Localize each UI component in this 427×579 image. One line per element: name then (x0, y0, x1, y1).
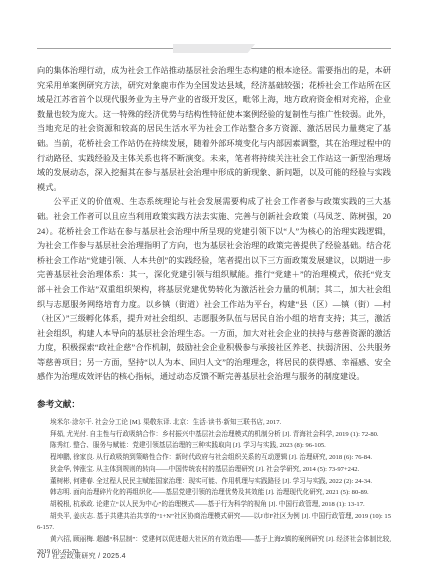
reference-item: 胡税根, 杭承政. 论建立“以人民为中心”的治理模式——基于行为科学的视角 [J… (37, 499, 391, 511)
reference-item: 陈秀红. 整合、服务与赋能：党建引领基层治理的三种实践取向 [J]. 学习与实践… (37, 440, 391, 452)
references-list: 埃米尔·涂尔干. 社会分工论 [M]. 渠敬东译. 北京：生活·读书·新知三联书… (37, 417, 391, 557)
page-content: 向的集体治理行动，成为社会工作站推动基层社会治理生态构建的根本途径。需要指出的是… (37, 64, 391, 558)
body-paragraph-1: 向的集体治理行动，成为社会工作站推动基层社会治理生态构建的根本途径。需要指出的是… (37, 64, 391, 195)
reference-item: 狄金华, 钟涨宝. 从主体到规则的转向——中国传统农村的基层治理研究 [J]. … (37, 464, 391, 476)
page-footer: 70 / 社会政策研究 / 2025.4 (37, 551, 126, 561)
reference-item: 胡央平, 姜庆志. 基于共建共治共享的“1+N”社区协商治理模式研究——以J市F… (37, 511, 391, 534)
divider-ornament (173, 44, 255, 53)
reference-item: 埃米尔·涂尔干. 社会分工论 [M]. 渠敬东译. 北京：生活·读书·新知三联书… (37, 417, 391, 429)
reference-item: 董树彬, 何建春. 全过程人民民主赋能国家治理：现实可能、作用机理与实践路径 [… (37, 476, 391, 488)
body-paragraph-2: 公平正义的价值观、生态系统理论与社会发展需要构成了社会工作者参与政策实践的三大基… (37, 195, 391, 385)
paper-page: 向的集体治理行动，成为社会工作站推动基层社会治理生态构建的根本途径。需要指出的是… (0, 0, 427, 579)
reference-item: 拜茹, 尤光付. 自主性与行政吸纳合作：乡村振兴中基层社会治理模式的机制分析 [… (37, 429, 391, 441)
section-divider (37, 48, 391, 49)
references-heading: 参考文献： (37, 398, 391, 410)
reference-item: 韩志明. 面向治理碎片化的再组织化——基层党建引领的治理优势及其效能 [J]. … (37, 487, 391, 499)
reference-item: 程坤鹏, 徐家良. 从行政吸纳到策略性合作：新时代政府与社会组织关系的互动逻辑 … (37, 452, 391, 464)
